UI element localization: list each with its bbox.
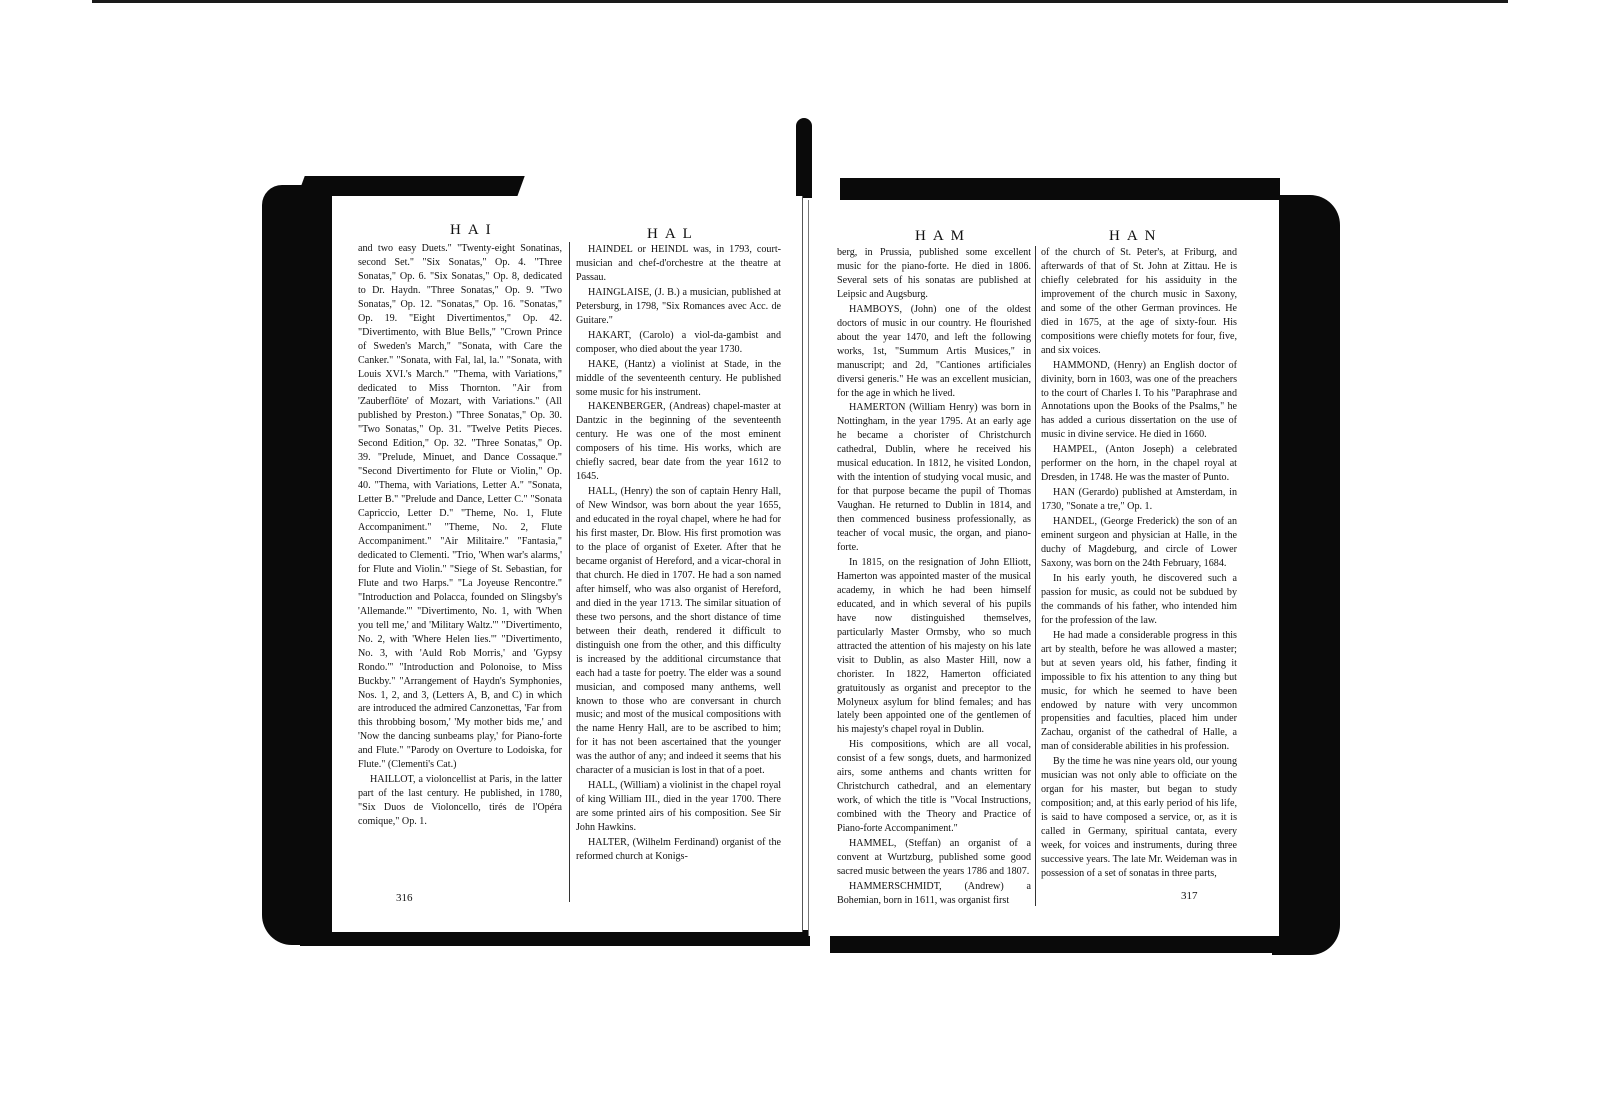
dictionary-entry: HANDEL, (George Frederick) the son of an…	[1041, 515, 1237, 571]
dictionary-entry: HAINGLAISE, (J. B.) a musician, publishe…	[576, 286, 781, 328]
dictionary-entry: He had made a considerable progress in t…	[1041, 629, 1237, 755]
dictionary-entry: His compositions, which are all vocal, c…	[837, 738, 1031, 836]
dictionary-entry: By the time he was nine years old, our y…	[1041, 755, 1237, 881]
dictionary-entry: HAKENBERGER, (Andreas) chapel-master at …	[576, 400, 781, 484]
left-cover-edge	[262, 185, 334, 945]
left-page-column-1: and two easy Duets." "Twenty-eight Sonat…	[358, 242, 562, 829]
dictionary-entry: HAKE, (Hantz) a violinist at Stade, in t…	[576, 358, 781, 400]
dictionary-entry: and two easy Duets." "Twenty-eight Sonat…	[358, 242, 562, 772]
dictionary-entry: HAKART, (Carolo) a viol-da-gambist and c…	[576, 329, 781, 357]
dictionary-entry: In his early youth, he discovered such a…	[1041, 572, 1237, 628]
right-page-column-2: of the church of St. Peter's, at Friburg…	[1041, 246, 1237, 881]
dictionary-entry: HAN (Gerardo) published at Amsterdam, in…	[1041, 486, 1237, 514]
scan-top-border	[92, 0, 1508, 3]
column-divider	[1035, 246, 1036, 906]
running-header-right: HAL	[647, 226, 699, 243]
page-number: 317	[1181, 890, 1198, 902]
dictionary-entry: of the church of St. Peter's, at Friburg…	[1041, 246, 1237, 358]
left-cover-edge-bottom	[300, 930, 810, 946]
right-cover-edge-bottom	[830, 935, 1300, 953]
dictionary-entry: HAMPEL, (Anton Joseph) a celebrated perf…	[1041, 443, 1237, 485]
right-page: HAM HAN berg, in Prussia, published some…	[808, 200, 1279, 936]
dictionary-entry: HAMMOND, (Henry) an English doctor of di…	[1041, 359, 1237, 443]
right-page-column-1: berg, in Prussia, published some excelle…	[837, 246, 1031, 908]
running-header-left: HAI	[450, 222, 498, 239]
dictionary-entry: HAMMERSCHMIDT, (Andrew) a Bohemian, born…	[837, 880, 1031, 908]
dictionary-entry: HALL, (Henry) the son of captain Henry H…	[576, 485, 781, 778]
book-spine-shadow	[796, 118, 812, 198]
dictionary-entry: HALL, (William) a violinist in the chape…	[576, 779, 781, 835]
left-page: HAI HAL and two easy Duets." "Twenty-eig…	[332, 196, 803, 932]
right-cover-edge	[1272, 195, 1340, 955]
dictionary-entry: HAMMEL, (Steffan) an organist of a conve…	[837, 837, 1031, 879]
page-number: 316	[396, 892, 413, 904]
left-page-column-2: HAINDEL or HEINDL was, in 1793, court-mu…	[576, 242, 781, 864]
dictionary-entry: HALTER, (Wilhelm Ferdinand) organist of …	[576, 836, 781, 864]
dictionary-entry: HAINDEL or HEINDL was, in 1793, court-mu…	[576, 243, 781, 285]
dictionary-entry: HAILLOT, a violoncellist at Paris, in th…	[358, 773, 562, 829]
running-header-right: HAN	[1109, 228, 1163, 245]
dictionary-entry: berg, in Prussia, published some excelle…	[837, 246, 1031, 302]
dictionary-entry: HAMERTON (William Henry) was born in Not…	[837, 401, 1031, 554]
dictionary-entry: HAMBOYS, (John) one of the oldest doctor…	[837, 303, 1031, 401]
column-divider	[569, 242, 570, 902]
running-header-left: HAM	[915, 228, 971, 245]
dictionary-entry: In 1815, on the resignation of John Elli…	[837, 556, 1031, 737]
